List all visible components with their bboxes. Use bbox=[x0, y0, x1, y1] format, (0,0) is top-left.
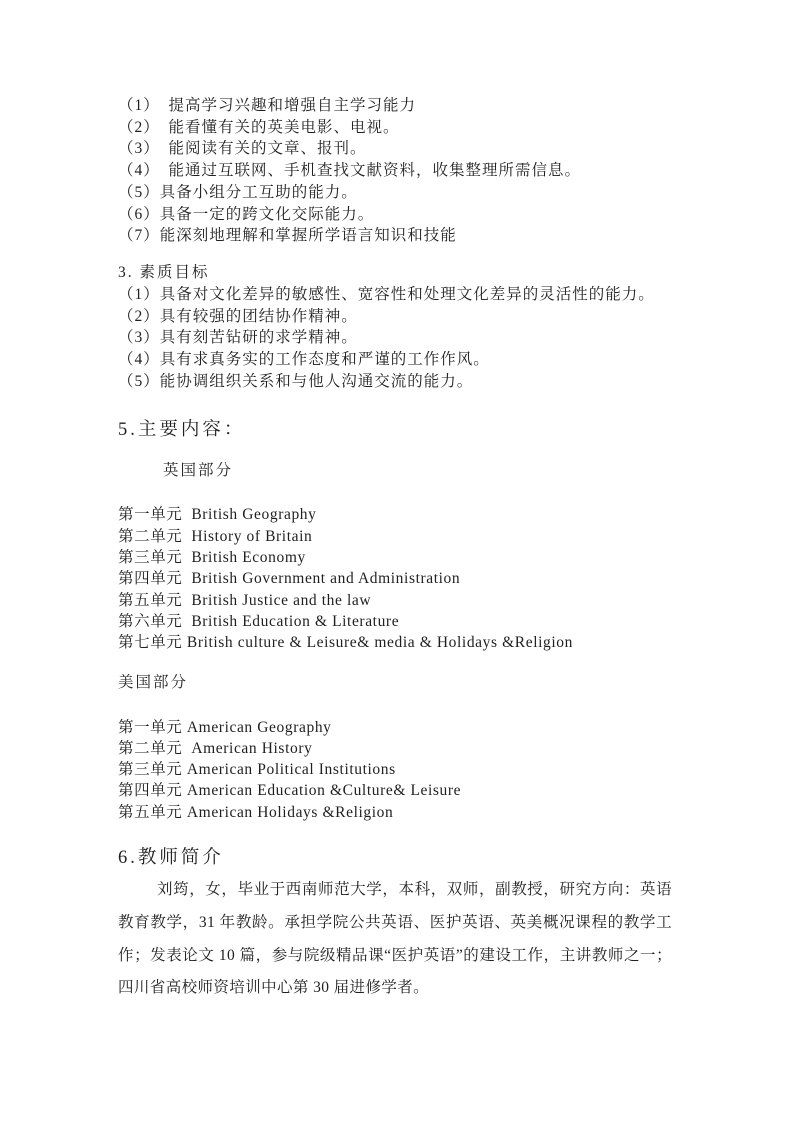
document-page: （1） 提高学习兴趣和增强自主学习能力 （2） 能看懂有关的英美电影、电视。 （… bbox=[0, 0, 793, 1122]
uk-unit-item: 第二单元 History of Britain bbox=[118, 526, 672, 547]
document-content: （1） 提高学习兴趣和增强自主学习能力 （2） 能看懂有关的英美电影、电视。 （… bbox=[0, 0, 793, 1005]
teacher-intro-heading: 6.教师简介 bbox=[118, 845, 672, 871]
ability-goal-item: （5）具备小组分工互助的能力。 bbox=[118, 182, 672, 204]
teacher-paragraph-line: 作；发表论文 10 篇，参与院级精品课“医护英语”的建设工作，主讲教师之一； bbox=[118, 940, 672, 973]
us-unit-item: 第三单元 American Political Institutions bbox=[118, 759, 672, 780]
us-part-title: 美国部分 bbox=[118, 672, 672, 694]
ability-goals-list: （1） 提高学习兴趣和增强自主学习能力 （2） 能看懂有关的英美电影、电视。 （… bbox=[118, 95, 672, 247]
us-unit-item: 第五单元 American Holidays &Religion bbox=[118, 802, 672, 823]
uk-part-title: 英国部分 bbox=[118, 460, 672, 482]
quality-goal-item: （2）具有较强的团结协作精神。 bbox=[118, 306, 672, 328]
us-unit-list: 第一单元 American Geography 第二单元 American Hi… bbox=[118, 717, 672, 823]
uk-unit-list: 第一单元 British Geography 第二单元 History of B… bbox=[118, 504, 672, 653]
us-unit-item: 第四单元 American Education &Culture& Leisur… bbox=[118, 780, 672, 801]
ability-goal-item: （1） 提高学习兴趣和增强自主学习能力 bbox=[118, 95, 672, 117]
quality-goal-item: （1）具备对文化差异的敏感性、宽容性和处理文化差异的灵活性的能力。 bbox=[118, 284, 672, 306]
uk-unit-item: 第一单元 British Geography bbox=[118, 504, 672, 525]
teacher-paragraph-line: 教育教学，31 年教龄。承担学院公共英语、医护英语、英美概况课程的教学工 bbox=[118, 907, 672, 940]
uk-unit-item: 第五单元 British Justice and the law bbox=[118, 590, 672, 611]
uk-unit-item: 第七单元 British culture & Leisure& media & … bbox=[118, 632, 672, 653]
quality-goals-list: （1）具备对文化差异的敏感性、宽容性和处理文化差异的灵活性的能力。 （2）具有较… bbox=[118, 284, 672, 393]
ability-goal-item: （3） 能阅读有关的文章、报刊。 bbox=[118, 138, 672, 160]
uk-unit-item: 第四单元 British Government and Administrati… bbox=[118, 568, 672, 589]
ability-goal-item: （2） 能看懂有关的英美电影、电视。 bbox=[118, 117, 672, 139]
quality-goal-item: （5）能协调组织关系和与他人沟通交流的能力。 bbox=[118, 371, 672, 393]
ability-goal-item: （4） 能通过互联网、手机查找文献资料，收集整理所需信息。 bbox=[118, 160, 672, 182]
us-unit-item: 第一单元 American Geography bbox=[118, 717, 672, 738]
quality-goal-item: （4）具有求真务实的工作态度和严谨的工作作风。 bbox=[118, 349, 672, 371]
ability-goal-item: （6）具备一定的跨文化交际能力。 bbox=[118, 204, 672, 226]
quality-goals-heading: 3. 素质目标 bbox=[118, 262, 672, 284]
teacher-paragraph-line: 四川省高校师资培训中心第 30 届进修学者。 bbox=[118, 972, 672, 1005]
ability-goal-item: （7）能深刻地理解和掌握所学语言知识和技能 bbox=[118, 225, 672, 247]
quality-goal-item: （3）具有刻苦钻研的求学精神。 bbox=[118, 327, 672, 349]
uk-unit-item: 第六单元 British Education & Literature bbox=[118, 611, 672, 632]
teacher-intro-paragraph: 刘筠，女，毕业于西南师范大学，本科，双师，副教授，研究方向：英语 教育教学，31… bbox=[118, 874, 672, 1005]
teacher-paragraph-line: 刘筠，女，毕业于西南师范大学，本科，双师，副教授，研究方向：英语 bbox=[118, 874, 672, 907]
uk-unit-item: 第三单元 British Economy bbox=[118, 547, 672, 568]
main-content-heading: 5.主要内容： bbox=[118, 417, 672, 443]
us-unit-item: 第二单元 American History bbox=[118, 738, 672, 759]
